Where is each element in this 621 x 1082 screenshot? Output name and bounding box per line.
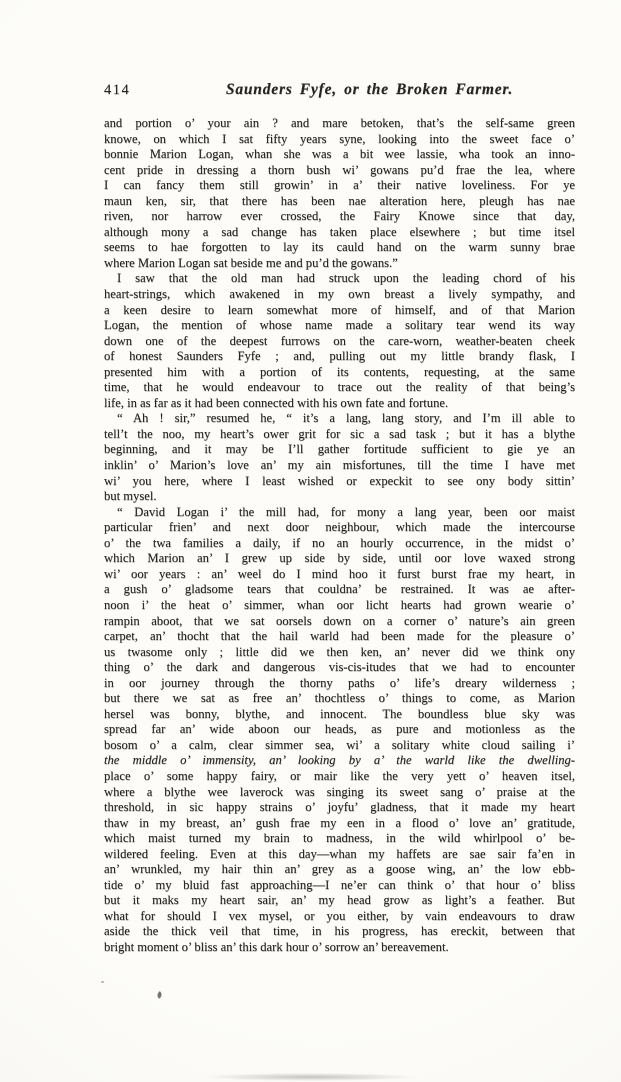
text-line: aside the thick veil that time, in his p… — [104, 924, 575, 940]
text-line: time, that he would endeavour to trace o… — [104, 380, 575, 396]
text-line: noon i’ the heat o’ simmer, whan oor lic… — [104, 598, 575, 614]
text-line: but there we sat as free an’ thochtless … — [104, 691, 575, 707]
text-line: heart-strings, which awakened in my own … — [104, 287, 575, 303]
page-text: and portion o’ your ain ? and mare betok… — [104, 116, 575, 956]
text-line: seems to hae forgotten to lay its cauld … — [104, 240, 575, 256]
scan-shadow — [205, 1073, 415, 1081]
text-line: presented him with a portion of its cont… — [104, 365, 575, 381]
text-line: a gush o’ gladsome tears that couldna’ b… — [104, 582, 575, 598]
text-line: wildered feeling. Even at this day—whan … — [104, 847, 575, 863]
text-line: riven, nor harrow ever crossed, the Fair… — [104, 209, 575, 225]
text-line: what for should I vex mysel, or you eith… — [104, 909, 575, 925]
paragraph: and portion o’ your ain ? and mare betok… — [104, 116, 575, 271]
page-number: 414 — [104, 82, 168, 99]
text-line: bonnie Marion Logan, whan she was a bit … — [104, 147, 575, 163]
text-line: tell’t the noo, my heart’s ower grit for… — [104, 427, 575, 443]
text-line: but mysel. — [104, 489, 575, 505]
text-line: life, in as far as it had been connected… — [104, 396, 575, 412]
text-line: an’ wrunkled, my hair thin an’ grey as a… — [104, 862, 575, 878]
text-line: and portion o’ your ain ? and mare betok… — [104, 116, 575, 132]
text-line: thaw in my breast, an’ gush frae my een … — [104, 816, 575, 832]
running-title: Saunders Fyfe, or the Broken Farmer. — [168, 81, 575, 99]
ink-speck — [101, 981, 104, 983]
text-line: down one of the deepest furrows on the c… — [104, 334, 575, 350]
text-line: “ Ah ! sir,” resumed he, “ it’s a lang, … — [104, 411, 575, 427]
ink-speck — [156, 991, 164, 999]
text-line: which maist turned my brain to madness, … — [104, 831, 575, 847]
text-line: of honest Saunders Fyfe ; and, pulling o… — [104, 349, 575, 365]
text-line: hersel was bonny, blythe, and innocent. … — [104, 707, 575, 723]
text-line: beginning, and it may be I’ll gather for… — [104, 442, 575, 458]
text-line: threshold, in sic happy strains o’ joyfu… — [104, 800, 575, 816]
text-line: in oor journey through the thorny paths … — [104, 676, 575, 692]
text-line: where Marion Logan sat beside me and pu’… — [104, 256, 575, 272]
text-line: knowe, on which I sat fifty years syne, … — [104, 132, 575, 148]
text-line: carpet, an’ thocht that the hail warld h… — [104, 629, 575, 645]
paragraph: I saw that the old man had struck upon t… — [104, 271, 575, 411]
text-line: tide o’ my bluid fast approaching—I ne’e… — [104, 878, 575, 894]
text-line: a keen desire to learn somewhat more of … — [104, 303, 575, 319]
text-line: o’ the twa families a daily, if no an ho… — [104, 536, 575, 552]
text-line: rampin aboot, that we sat oorsels down o… — [104, 614, 575, 630]
text-line: particular frien’ and next door neighbou… — [104, 520, 575, 536]
paragraph: “ David Logan i’ the mill had, for mony … — [104, 505, 575, 956]
text-line: wi’ oor years : an’ weel do I mind hoo i… — [104, 567, 575, 583]
text-line: although mony a sad change has taken pla… — [104, 225, 575, 241]
text-line: cent pride in dressing a thorn bush wi’ … — [104, 163, 575, 179]
text-line: Logan, the mention of whose name made a … — [104, 318, 575, 334]
text-line: which Marion an’ I grew up side by side,… — [104, 551, 575, 567]
text-line: place o’ some happy fairy, or mair like … — [104, 769, 575, 785]
text-line: “ David Logan i’ the mill had, for mony … — [104, 505, 575, 521]
text-line: us twasome only ; little did we then ken… — [104, 645, 575, 661]
text-line: but it maks my heart sair, an’ my head g… — [104, 893, 575, 909]
text-line: the middle o’ immensity, an’ looking by … — [104, 753, 575, 769]
text-line: inklin’ o’ Marion’s love an’ my ain misf… — [104, 458, 575, 474]
text-line: spread far an’ wide aboon our heads, as … — [104, 722, 575, 738]
book-page: 414 Saunders Fyfe, or the Broken Farmer.… — [0, 0, 621, 1082]
text-line: bosom o’ a calm, clear simmer sea, wi’ a… — [104, 738, 575, 754]
text-line: I saw that the old man had struck upon t… — [104, 271, 575, 287]
paragraph: “ Ah ! sir,” resumed he, “ it’s a lang, … — [104, 411, 575, 504]
text-line: I can fancy them still growin’ in a’ the… — [104, 178, 575, 194]
page-header: 414 Saunders Fyfe, or the Broken Farmer. — [104, 81, 575, 99]
text-line: bright moment o’ bliss an’ this dark hou… — [104, 940, 575, 956]
text-line: wi’ you here, where I least wished or ex… — [104, 474, 575, 490]
text-line: where a blythe wee laverock was singing … — [104, 785, 575, 801]
text-line: thing o’ the dark and dangerous vis-cis-… — [104, 660, 575, 676]
text-line: maun ken, sir, that there has been nae a… — [104, 194, 575, 210]
